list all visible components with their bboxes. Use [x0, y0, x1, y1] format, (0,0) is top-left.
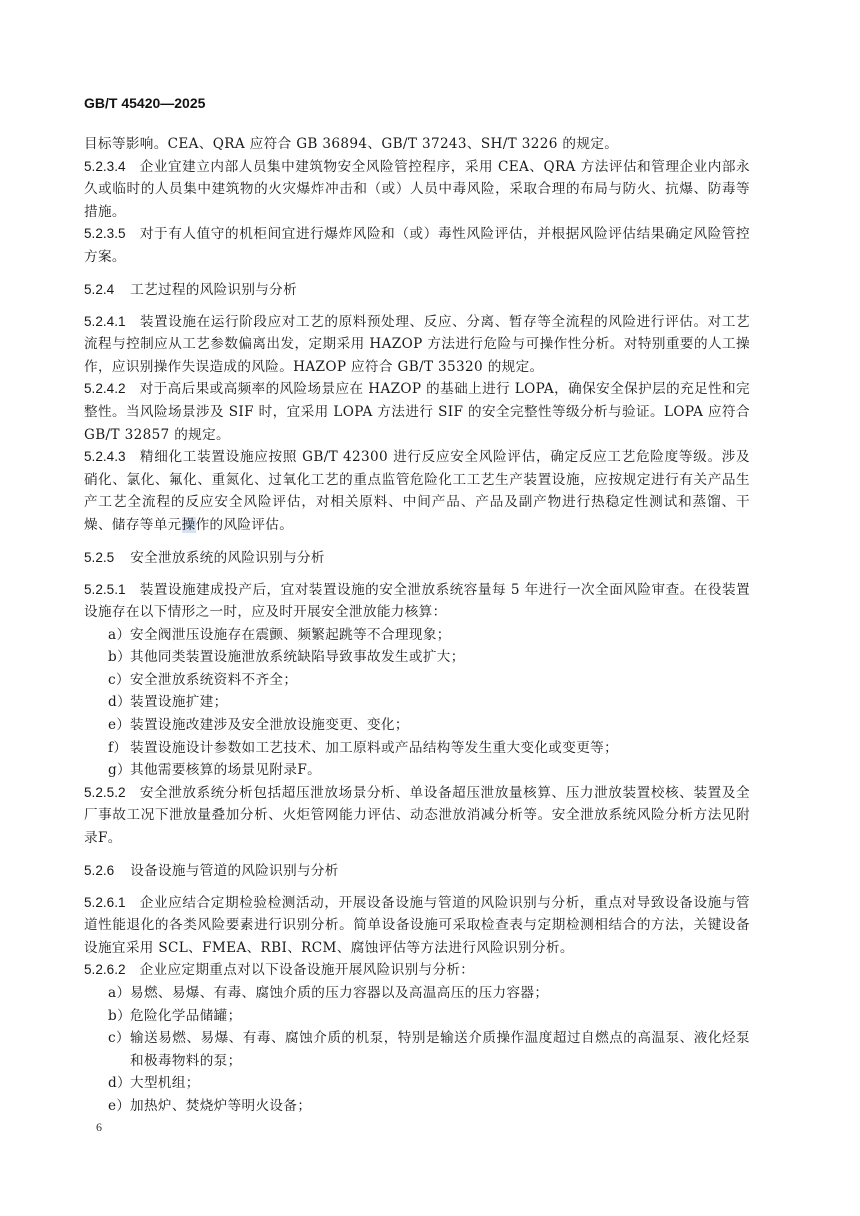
- list-item-text: 大型机组；: [130, 1075, 200, 1091]
- list-item: c）安全泄放系统资料不齐全；: [84, 669, 750, 692]
- section-number: 5.2.6: [84, 863, 114, 878]
- list-item: f）装置设施设计参数如工艺技术、加工原料或产品结构等发生重大变化或变更等；: [84, 737, 750, 760]
- clause-5-2-6-1: 5.2.6.1企业应结合定期检验检测活动，开展设备设施与管道的风险识别与分析，重…: [84, 892, 750, 960]
- list-marker: d）: [108, 691, 131, 714]
- clause-text: 对于有人值守的机柜间宜进行爆炸风险和（或）毒性风险评估，并根据风险评估结果确定风…: [84, 226, 750, 265]
- document-body: 目标等影响。CEA、QRA 应符合 GB 36894、GB/T 37243、SH…: [84, 133, 750, 1118]
- section-title: 设备设施与管道的风险识别与分析: [130, 863, 338, 879]
- section-heading-5-2-6: 5.2.6设备设施与管道的风险识别与分析: [84, 860, 750, 882]
- section-title: 工艺过程的风险识别与分析: [130, 282, 297, 298]
- clause-text: 装置设施建成投产后，宜对装置设施的安全泄放系统容量每 5 年进行一次全面风险审查…: [84, 582, 750, 621]
- clause-5-2-5-1: 5.2.5.1装置设施建成投产后，宜对装置设施的安全泄放系统容量每 5 年进行一…: [84, 579, 750, 624]
- list-marker: e）: [108, 1095, 130, 1118]
- section-heading-5-2-5: 5.2.5安全泄放系统的风险识别与分析: [84, 547, 750, 569]
- list-item-text: 易燃、易爆、有毒、腐蚀介质的压力容器以及高温高压的压力容器；: [130, 985, 548, 1001]
- clause-text: 装置设施在运行阶段应对工艺的原料预处理、反应、分离、暂存等全流程的风险进行评估。…: [84, 314, 750, 375]
- clause-5-2-3-4: 5.2.3.4企业宜建立内部人员集中建筑物安全风险管控程序，采用 CEA、QRA…: [84, 156, 750, 224]
- clause-number: 5.2.4.3: [84, 449, 126, 464]
- list-marker: c）: [108, 1027, 130, 1050]
- list-item: d）装置设施扩建；: [84, 691, 750, 714]
- list-item-text: 其他需要核算的场景见附录F。: [130, 762, 321, 778]
- list-marker: b）: [108, 1005, 131, 1028]
- list-marker: f）: [108, 737, 127, 760]
- clause-text: 对于高后果或高频率的风险场景应在 HAZOP 的基础上进行 LOPA，确保安全保…: [84, 381, 750, 442]
- clause-5-2-4-2: 5.2.4.2对于高后果或高频率的风险场景应在 HAZOP 的基础上进行 LOP…: [84, 378, 750, 446]
- clause-5-2-4-1: 5.2.4.1装置设施在运行阶段应对工艺的原料预处理、反应、分离、暂存等全流程的…: [84, 311, 750, 379]
- list-item: e）装置设施改建涉及安全泄放设施变更、变化；: [84, 714, 750, 737]
- list-item-text: 其他同类装置设施泄放系统缺陷导致事故发生或扩大；: [130, 649, 465, 665]
- list-item: a）安全阀泄压设施存在震颤、频繁起跳等不合理现象；: [84, 624, 750, 647]
- clause-number: 5.2.4.2: [84, 381, 126, 396]
- text-selection-highlight[interactable]: 操: [182, 517, 196, 533]
- clause-text: 安全泄放系统分析包括超压泄放场景分析、单设备超压泄放量核算、压力泄放装置校核、装…: [84, 785, 750, 846]
- clause-5-2-5-2: 5.2.5.2安全泄放系统分析包括超压泄放场景分析、单设备超压泄放量核算、压力泄…: [84, 782, 750, 850]
- list-item-text: 输送易燃、易爆、有毒、腐蚀介质的机泵，特别是输送介质操作温度超过自燃点的高温泵、…: [130, 1030, 750, 1069]
- clause-text: 企业宜建立内部人员集中建筑物安全风险管控程序，采用 CEA、QRA 方法评估和管…: [84, 159, 750, 220]
- list-marker: c）: [108, 669, 130, 692]
- clause-5-2-6-2: 5.2.6.2企业应定期重点对以下设备设施开展风险识别与分析：: [84, 959, 750, 982]
- clause-number: 5.2.3.5: [84, 226, 126, 241]
- list-item-text: 加热炉、焚烧炉等明火设备；: [130, 1098, 311, 1114]
- list-item: g）其他需要核算的场景见附录F。: [84, 759, 750, 782]
- paragraph-continuation: 目标等影响。CEA、QRA 应符合 GB 36894、GB/T 37243、SH…: [84, 133, 750, 156]
- list-item: b）危险化学品储罐；: [84, 1005, 750, 1028]
- list-item-text: 装置设施扩建；: [130, 694, 228, 710]
- clause-number: 5.2.6.1: [84, 895, 126, 910]
- clause-number: 5.2.4.1: [84, 314, 126, 329]
- list-item-text: 危险化学品储罐；: [130, 1008, 242, 1024]
- clause-text: 企业应结合定期检验检测活动，开展设备设施与管道的风险识别与分析，重点对导致设备设…: [84, 895, 750, 956]
- list-item-text: 装置设施改建涉及安全泄放设施变更、变化；: [130, 717, 409, 733]
- list-marker: d）: [108, 1072, 131, 1095]
- list-item-text: 安全阀泄压设施存在震颤、频繁起跳等不合理现象；: [130, 627, 451, 643]
- clause-text-tail: 作的风险评估。: [196, 517, 294, 533]
- clause-number: 5.2.5.1: [84, 582, 126, 597]
- section-number: 5.2.4: [84, 282, 114, 297]
- list-marker: g）: [108, 759, 131, 782]
- list-marker: b）: [108, 646, 131, 669]
- standard-id-header: GB/T 45420—2025: [84, 95, 205, 111]
- clause-5-2-6-2-list: a）易燃、易爆、有毒、腐蚀介质的压力容器以及高温高压的压力容器； b）危险化学品…: [84, 982, 750, 1118]
- clause-number: 5.2.3.4: [84, 159, 126, 174]
- clause-number: 5.2.5.2: [84, 785, 126, 800]
- section-title: 安全泄放系统的风险识别与分析: [130, 550, 325, 566]
- list-item: a）易燃、易爆、有毒、腐蚀介质的压力容器以及高温高压的压力容器；: [84, 982, 750, 1005]
- list-item: b）其他同类装置设施泄放系统缺陷导致事故发生或扩大；: [84, 646, 750, 669]
- clause-5-2-4-3: 5.2.4.3精细化工装置设施应按照 GB/T 42300 进行反应安全风险评估…: [84, 446, 750, 536]
- list-marker: e）: [108, 714, 130, 737]
- list-item-text: 安全泄放系统资料不齐全；: [130, 672, 297, 688]
- section-heading-5-2-4: 5.2.4工艺过程的风险识别与分析: [84, 279, 750, 301]
- clause-number: 5.2.6.2: [84, 962, 126, 977]
- clause-5-2-3-5: 5.2.3.5对于有人值守的机柜间宜进行爆炸风险和（或）毒性风险评估，并根据风险…: [84, 223, 750, 268]
- list-item-text: 装置设施设计参数如工艺技术、加工原料或产品结构等发生重大变化或变更等；: [130, 740, 618, 756]
- list-item: c）输送易燃、易爆、有毒、腐蚀介质的机泵，特别是输送介质操作温度超过自燃点的高温…: [84, 1027, 750, 1072]
- clause-5-2-5-1-list: a）安全阀泄压设施存在震颤、频繁起跳等不合理现象； b）其他同类装置设施泄放系统…: [84, 624, 750, 782]
- list-item: e）加热炉、焚烧炉等明火设备；: [84, 1095, 750, 1118]
- list-marker: a）: [108, 624, 130, 647]
- list-item: d）大型机组；: [84, 1072, 750, 1095]
- list-marker: a）: [108, 982, 130, 1005]
- page-number: 6: [96, 1120, 102, 1135]
- document-page: GB/T 45420—2025 目标等影响。CEA、QRA 应符合 GB 368…: [0, 0, 860, 1216]
- clause-text: 企业应定期重点对以下设备设施开展风险识别与分析：: [140, 962, 475, 978]
- section-number: 5.2.5: [84, 550, 114, 565]
